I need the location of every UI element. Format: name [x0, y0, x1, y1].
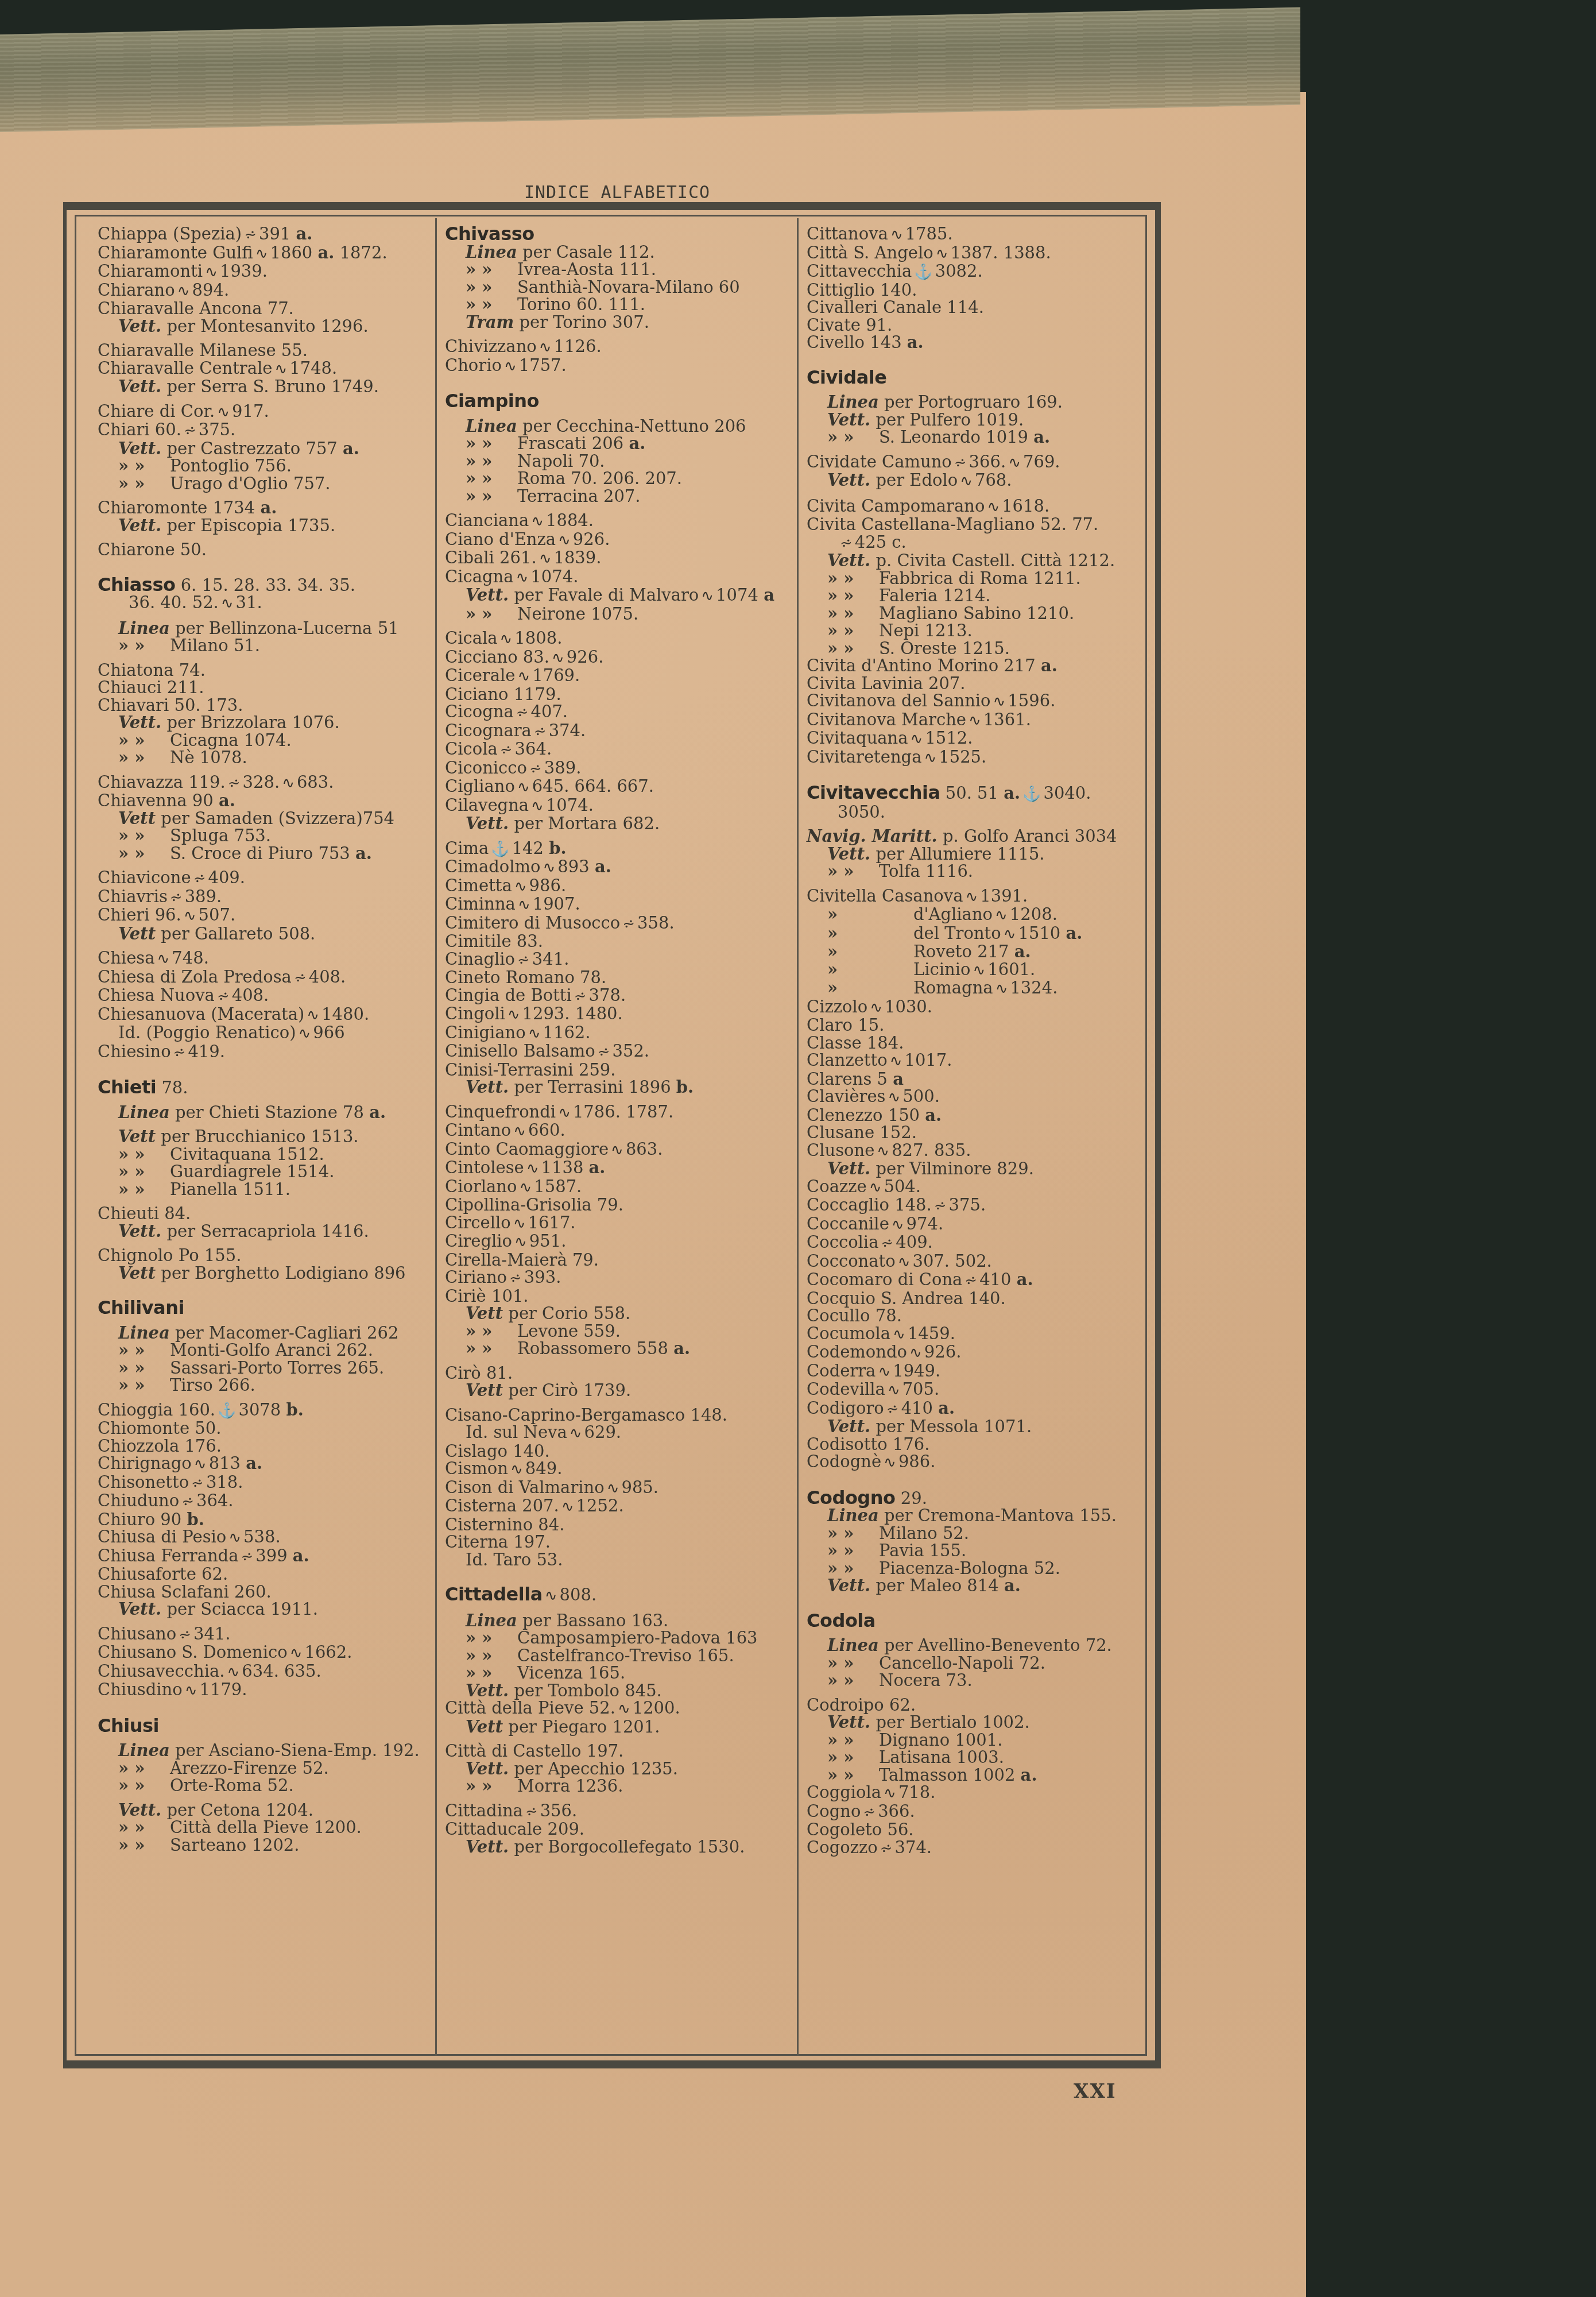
index-subentry: » »Magliano Sabino 1210.	[807, 605, 1151, 622]
diligence-icon: ∿	[960, 473, 973, 490]
ditto-mark: » »	[118, 845, 170, 863]
index-entry: Cicala∿1808.	[445, 629, 792, 648]
index-entry: Cima⚓142 b.	[445, 840, 792, 859]
entry-text: del Tronto	[913, 923, 1001, 943]
suffix-letter: a.	[1004, 1576, 1021, 1595]
diligence-icon: ∿	[504, 358, 517, 376]
diligence-icon: ∿	[890, 226, 903, 244]
entry-text: Chiusavecchia.	[98, 1661, 224, 1681]
column-divider	[797, 218, 799, 2056]
entry-label: Linea	[827, 1506, 879, 1525]
diligence-icon: ∿	[552, 649, 564, 667]
ditto-mark: » »	[827, 622, 879, 640]
index-entry: Cimetta∿986.	[445, 877, 792, 896]
index-entry: Cimitero di Musocco⩫358.	[445, 914, 792, 933]
diligence-icon: ∿	[290, 1645, 303, 1662]
index-entry: Chiusa di Pesio∿538.	[98, 1528, 431, 1547]
index-entry: Civitanova del Sannio∿1596.	[807, 692, 1151, 711]
index-entry: Cingoli∿1293. 1480.	[445, 1005, 792, 1024]
page-refs: 1839.	[553, 548, 601, 567]
entry-text: Cisternino 84.	[445, 1515, 564, 1534]
ditto-mark: »	[827, 906, 913, 923]
index-entry: Clavières∿500.	[807, 1088, 1151, 1107]
diligence-icon: ∿	[995, 980, 1008, 998]
index-entry: Cogno⩫366.	[807, 1803, 1151, 1822]
index-entry: Civita Castellana-Magliano 52. 77.	[807, 516, 1151, 533]
entry-text: Ciminna	[445, 894, 516, 914]
index-subentry: Vett. per Borgocollefegato 1530.	[445, 1838, 792, 1856]
tramway-bell-icon: ⩫	[934, 1197, 947, 1215]
entry-text: Civitaretenga	[807, 747, 921, 767]
index-subentry: » »Pavia 155.	[807, 1542, 1151, 1560]
index-entry: Clusone∿827. 835.	[807, 1142, 1151, 1161]
entry-text: Cianciana	[445, 511, 529, 530]
page-refs: 409.	[208, 868, 245, 887]
index-heading: Ciampino	[445, 392, 792, 411]
diligence-icon: ∿	[545, 1587, 557, 1605]
diligence-icon: ∿	[516, 569, 529, 587]
entry-text: Chiesa Nuova	[98, 985, 215, 1005]
page-refs: 1459.	[908, 1324, 955, 1343]
entry-text: Chiaravalle Milanese 55.	[98, 341, 308, 360]
entry-text: Cancello-Napoli 72.	[879, 1653, 1045, 1673]
index-heading: Chivasso	[445, 225, 792, 243]
index-entry: Codemondo∿926.	[807, 1343, 1151, 1362]
index-entry: Chiarano∿894.	[98, 281, 431, 300]
entry-text: per Portogruaro 169.	[884, 392, 1063, 412]
index-subentry: » »S. Leonardo 1019 a.	[807, 428, 1151, 446]
index-subentry: » »Piacenza-Bologna 52.	[807, 1560, 1151, 1577]
entry-text: 3050.	[838, 802, 885, 822]
tramway-bell-icon: ⩫	[525, 1803, 538, 1821]
station-name: Chiusi	[98, 1715, 159, 1737]
ditto-mark: » »	[118, 637, 170, 655]
entry-text: Coggiola	[807, 1782, 881, 1802]
index-entry: Classe 184.	[807, 1034, 1151, 1052]
index-subentry: » »Roma 70. 206. 207.	[445, 470, 792, 488]
index-subentry: » »Latisana 1003.	[807, 1749, 1151, 1766]
index-heading: Chieti 78.	[98, 1078, 431, 1097]
index-entry: Chisonetto⩫318.	[98, 1474, 431, 1492]
index-subentry: Vett. per Serracapriola 1416.	[98, 1223, 431, 1240]
index-subentry: » »Urago d'Oglio 757.	[98, 475, 431, 493]
entry-text: Cittadina	[445, 1801, 523, 1820]
entry-text: per Castrezzato 757	[166, 439, 337, 458]
diligence-icon: ∿	[892, 1216, 904, 1234]
entry-text: Santhià-Novara-Milano 60	[517, 277, 740, 297]
entry-text: Codigoro	[807, 1398, 884, 1418]
index-entry: Cirella-Maierà 79.	[445, 1251, 792, 1269]
index-entry: Cittavecchia⚓3082.	[807, 262, 1151, 281]
index-subentry: Vett per Borghetto Lodigiano 896	[98, 1264, 431, 1282]
ditto-mark: » »	[466, 1777, 517, 1795]
page-refs: 3040.	[1043, 783, 1091, 803]
page-refs: 634. 635.	[242, 1661, 321, 1681]
tramway-bell-icon: ⩫	[294, 969, 307, 987]
ditto-mark: »	[827, 979, 913, 997]
entry-text: Dignano 1001.	[879, 1730, 1002, 1750]
index-subentry: 3050.	[807, 803, 1151, 821]
entry-text: Levone 559.	[517, 1321, 621, 1341]
diligence-icon: ∿	[274, 361, 287, 378]
index-subentry: Vett. per Messola 1071.	[807, 1418, 1151, 1436]
entry-text: Cinaglio	[445, 949, 515, 969]
index-entry: Clusane 152.	[807, 1124, 1151, 1142]
entry-text: Chiomonte 50.	[98, 1418, 221, 1438]
index-subentry: Linea per Portogruaro 169.	[807, 393, 1151, 411]
index-subentry: » »Orte-Roma 52.	[98, 1777, 431, 1795]
index-subentry: » »Castelfranco-Treviso 165.	[445, 1647, 792, 1665]
entry-text: Monti-Golfo Aranci 262.	[170, 1340, 373, 1360]
page-refs: 1939.	[220, 261, 268, 281]
index-subentry: Linea per Asciano-Siena-Emp. 192.	[98, 1742, 431, 1760]
entry-text: Romagna	[913, 978, 993, 997]
tramway-bell-icon: ⩫	[964, 1272, 977, 1290]
diligence-icon: ∿	[528, 1025, 541, 1043]
entry-text: Cineto Romano 78.	[445, 968, 606, 987]
tramway-bell-icon: ⩫	[516, 704, 529, 722]
index-subentry: Vett per Brucchianico 1513.	[98, 1128, 431, 1146]
entry-text: per Samaden (Svizzera)754	[161, 809, 394, 828]
entry-label: Vett.	[827, 1417, 870, 1436]
page-refs: 1074.	[530, 567, 578, 586]
diligence-icon: ∿	[1004, 926, 1016, 943]
entry-text: Orte-Roma 52.	[170, 1776, 294, 1795]
entry-text: Ciano d'Enza	[445, 529, 556, 549]
entry-text: Pianella 1511.	[170, 1180, 290, 1199]
ditto-mark: » »	[466, 296, 517, 314]
diligence-icon: ∿	[884, 1454, 896, 1472]
index-entry: Ciano d'Enza∿926.	[445, 531, 792, 550]
tramway-bell-icon: ⩫	[193, 870, 206, 888]
page-refs: 375.	[199, 420, 236, 439]
index-subentry: » »Cicagna 1074.	[98, 732, 431, 749]
entry-label: Vett	[466, 1380, 503, 1400]
entry-text: Clarens 5	[807, 1069, 888, 1089]
page-refs: 1138	[541, 1158, 584, 1177]
station-name: Codogno	[807, 1487, 896, 1509]
ditto-mark: » »	[466, 1664, 517, 1682]
page-refs: 389.	[544, 758, 582, 778]
entry-text: Fabbrica di Roma 1211.	[879, 569, 1081, 588]
entry-text: Cogozzo	[807, 1838, 878, 1857]
entry-label: Linea	[118, 1323, 170, 1343]
page-refs: 1757.	[519, 355, 567, 375]
page-refs: 318.	[206, 1472, 243, 1492]
page-refs: 1030.	[885, 997, 932, 1016]
column-divider	[435, 218, 437, 2056]
entry-text: per Serracapriola 1416.	[166, 1221, 369, 1241]
diligence-icon: ∿	[539, 550, 552, 568]
entry-text: Cicciano 83.	[445, 647, 549, 667]
entry-text: Chiavenna 90	[98, 791, 214, 810]
diligence-icon: ∿	[1008, 454, 1021, 472]
index-entry: Cintolese∿1138 a.	[445, 1159, 792, 1178]
index-subentry: » »Talmasson 1002 a.	[807, 1766, 1151, 1784]
diligence-icon: ∿	[869, 1179, 882, 1197]
ditto-mark: » »	[827, 1749, 879, 1766]
entry-text: Id. (Poggio Renatico)	[118, 1023, 296, 1042]
index-entry: Ciconicco⩫389.	[445, 759, 792, 778]
diligence-icon: ∿	[995, 907, 1008, 925]
entry-text: Civita Lavinia 207.	[807, 674, 966, 693]
diligence-icon: ∿	[618, 1700, 630, 1718]
index-subentry: »Roveto 217 a.	[807, 943, 1151, 961]
diligence-icon: ∿	[993, 693, 1006, 711]
suffix-letter: b.	[286, 1400, 304, 1420]
ditto-mark: » »	[827, 863, 879, 880]
entry-text: Chiarano	[98, 280, 175, 300]
entry-text: per Piegaro 1201.	[508, 1717, 660, 1737]
entry-label: Navig. Maritt.	[807, 826, 938, 846]
index-subentry: Id. Taro 53.	[445, 1551, 792, 1569]
tramway-bell-icon: ⩫	[954, 454, 967, 472]
diligence-icon: ∿	[531, 798, 544, 815]
index-entry: Chiappa (Spezia)⩫391 a.	[98, 225, 431, 244]
page-refs: 1361.	[983, 710, 1031, 729]
ditto-mark: » »	[118, 1359, 170, 1377]
entry-label: Linea	[118, 1103, 170, 1122]
ditto-mark: » »	[118, 749, 170, 767]
index-entry: Cianciana∿1884.	[445, 512, 792, 531]
entry-text: Robassomero 558	[517, 1339, 668, 1358]
index-entry: Clarens 5 a	[807, 1070, 1151, 1088]
index-entry: Cineto Romano 78.	[445, 969, 792, 987]
page-refs: 3082.	[935, 261, 983, 281]
index-entry: Chieuti 84.	[98, 1205, 431, 1223]
index-entry: Chorio∿1757.	[445, 357, 792, 376]
index-heading: Civitavecchia 50. 51 a.⚓3040.	[807, 784, 1151, 803]
diligence-icon: ∿	[969, 712, 981, 730]
index-entry: Civita d'Antino Morino 217 a.	[807, 657, 1151, 675]
entry-label: Vett	[118, 924, 156, 943]
diligence-icon: ∿	[877, 1143, 889, 1161]
ditto-mark: »	[827, 943, 913, 961]
index-entry: Cicciano 83.∿926.	[445, 648, 792, 667]
ditto-mark: » »	[466, 1340, 517, 1358]
index-entry: Cittaducale 209.	[445, 1820, 792, 1838]
index-entry: Chiozzola 176.	[98, 1437, 431, 1455]
entry-text: per Asciano-Siena-Emp. 192.	[175, 1741, 420, 1760]
index-subentry: » »Città della Pieve 1200.	[98, 1819, 431, 1836]
entry-text: Nepi 1213.	[879, 621, 973, 640]
index-entry: Cicagna∿1074.	[445, 568, 792, 587]
entry-text: Talmasson 1002	[879, 1765, 1015, 1785]
index-entry: Cicola⩫364.	[445, 740, 792, 759]
entry-text: Pavia 155.	[879, 1541, 966, 1560]
entry-label: Vett.	[466, 1759, 509, 1778]
entry-text: Civitaquana 1512.	[170, 1144, 324, 1164]
entry-text: Frascati 206	[517, 434, 623, 453]
ditto-mark: » »	[118, 1376, 170, 1394]
entry-text: Cilavegna	[445, 795, 529, 815]
page-refs: 1618.	[1002, 496, 1049, 516]
diligence-icon: ∿	[701, 587, 714, 605]
tramway-bell-icon: ⩫	[244, 226, 257, 244]
index-entry: Civitanova Marche∿1361.	[807, 711, 1151, 730]
entry-text: per Terrasini 1896	[514, 1077, 671, 1097]
station-name: Chivasso	[445, 223, 534, 245]
page-refs: 358.	[637, 913, 675, 933]
diligence-icon: ∿	[307, 1007, 319, 1024]
index-subentry: » »Ivrea-Aosta 111.	[445, 261, 792, 279]
index-entry: Civitaquana∿1512.	[807, 729, 1151, 748]
suffix-letter: a.	[296, 224, 313, 243]
entry-text: per Messola 1071.	[876, 1417, 1032, 1436]
index-heading: Cittadella∿808.	[445, 1586, 792, 1605]
entry-label: Vett.	[827, 470, 870, 490]
diligence-icon: ∿	[558, 1104, 571, 1122]
index-entry: Coccanile∿974.	[807, 1215, 1151, 1234]
entry-text: Coderra	[807, 1361, 876, 1380]
diligence-icon: ∿	[531, 513, 544, 531]
index-subentry: ⩫425 c.	[807, 533, 1151, 552]
index-entry: Claro 15.	[807, 1016, 1151, 1034]
station-name: Chiasso	[98, 574, 175, 595]
entry-text: Cimitile 83.	[445, 931, 543, 951]
diligence-icon: ∿	[570, 1425, 582, 1443]
suffix-letter: a	[764, 585, 774, 605]
entry-text: Chiaromonte 1734	[98, 498, 255, 517]
suffix-letter: a.	[1021, 1765, 1037, 1785]
page-refs: 1017.	[904, 1050, 952, 1070]
page-refs: 1252.	[576, 1496, 624, 1515]
page-refs: 926.	[573, 529, 610, 549]
entry-text: Tirso 266.	[170, 1375, 255, 1395]
page-refs: 748.	[172, 948, 209, 968]
index-entry: Civate 91.	[807, 316, 1151, 334]
entry-text: Cinigiano	[445, 1023, 526, 1042]
suffix-letter: a	[893, 1069, 904, 1089]
entry-text: Chieri 96.	[98, 905, 181, 925]
ditto-mark: » »	[466, 453, 517, 470]
entry-label: Tram	[466, 312, 514, 332]
entry-text: per Maleo 814	[876, 1576, 998, 1595]
diligence-icon: ∿	[217, 404, 230, 421]
index-entry: Cison di Valmarino∿985.	[445, 1479, 792, 1498]
index-entry: Cigliano∿645. 664. 667.	[445, 778, 792, 796]
entry-text: Nocera 73.	[879, 1670, 973, 1690]
tramway-bell-icon: ⩫	[574, 988, 587, 1006]
index-subentry: Vett. per Apecchio 1235.	[445, 1760, 792, 1778]
station-name: Ciampino	[445, 390, 539, 412]
page-refs: 425 c.	[855, 532, 907, 552]
page-refs: 374.	[895, 1838, 932, 1857]
index-subentry: Linea per Cecchina-Nettuno 206	[445, 417, 792, 435]
ditto-mark: » »	[118, 827, 170, 845]
page-refs: 407.	[531, 702, 568, 721]
index-entry: Codroipo 62.	[807, 1696, 1151, 1714]
tramway-bell-icon: ⩫	[880, 1840, 893, 1858]
page-refs: 1074.	[546, 795, 594, 815]
diligence-icon: ∿	[255, 245, 268, 263]
page-refs: 1786. 1787.	[573, 1102, 673, 1122]
entry-text: Chiusa di Pesio	[98, 1527, 226, 1546]
entry-text: Chiarone 50.	[98, 540, 207, 559]
entry-text: Chieuti 84.	[98, 1204, 191, 1223]
ditto-mark: » »	[466, 1647, 517, 1665]
index-subentry: » »Faleria 1214.	[807, 587, 1151, 605]
page-refs: 1872.	[334, 243, 387, 262]
page-refs: 410	[979, 1270, 1011, 1289]
diligence-icon: ∿	[558, 532, 571, 550]
index-entry: Codisotto 176.	[807, 1436, 1151, 1453]
suffix-letter: a.	[246, 1453, 262, 1473]
entry-text: Clusone	[807, 1140, 874, 1160]
diligence-icon: ∿	[870, 999, 882, 1017]
entry-text: Ciconicco	[445, 758, 527, 778]
index-entry: Ciriano⩫393.	[445, 1269, 792, 1287]
page-refs: 29.	[901, 1488, 927, 1508]
ditto-mark: » »	[827, 1525, 879, 1542]
diligence-icon: ∿	[184, 907, 196, 925]
index-subentry: Vett. per Sciacca 1911.	[98, 1600, 431, 1618]
entry-label: Vett	[118, 809, 156, 828]
entry-text: per Avellino-Benevento 72.	[884, 1635, 1112, 1655]
index-entry: Chiusa Ferranda⩫399 a.	[98, 1547, 431, 1566]
entry-text: Tolfa 1116.	[879, 861, 973, 881]
page-refs: 1179.	[199, 1680, 247, 1699]
ditto-mark: » »	[466, 279, 517, 296]
ditto-mark: » »	[118, 1777, 170, 1795]
page-refs: 1512.	[925, 728, 973, 748]
entry-text: S. Leonardo 1019	[879, 427, 1028, 447]
index-subentry: Vett. per Episcopia 1735.	[98, 517, 431, 535]
page-refs: 356.	[540, 1801, 578, 1820]
index-entry: Cisternino 84.	[445, 1516, 792, 1534]
entry-text: per Edolo	[876, 470, 958, 490]
index-subentry: Vett. per Vilminore 829.	[807, 1160, 1151, 1178]
index-subentry: Vett. per Favale di Malvaro∿1074 a	[445, 586, 792, 605]
index-entry: Citerna 197.	[445, 1533, 792, 1551]
station-name: Chilivani	[98, 1297, 184, 1318]
entry-label: Vett.	[118, 316, 161, 336]
index-entry: Chiesa Nuova⩫408.	[98, 987, 431, 1006]
page-refs: 1387. 1388.	[950, 243, 1051, 262]
index-entry: Chiesino⩫419.	[98, 1043, 431, 1062]
page-refs: 1208.	[1010, 904, 1057, 924]
entry-text: per Sciacca 1911.	[166, 1599, 318, 1619]
index-entry: Ciminna∿1907.	[445, 895, 792, 914]
index-subentry: » »Nepi 1213.	[807, 622, 1151, 640]
suffix-letter: a.	[1014, 942, 1031, 961]
entry-text: Civalleri Canale 114.	[807, 297, 984, 317]
entry-text: Cittavecchia	[807, 261, 912, 281]
ditto-mark: » »	[827, 587, 879, 605]
index-entry: Chiavris⩫389.	[98, 888, 431, 907]
index-subentry: Tram per Torino 307.	[445, 314, 792, 331]
diligence-icon: ∿	[508, 1006, 520, 1024]
index-column-left: Chiappa (Spezia)⩫391 a.Chiaramonte Gulfi…	[98, 225, 431, 1854]
entry-text: Cocconato	[807, 1251, 896, 1271]
entry-text: per Apecchio 1235.	[514, 1759, 678, 1778]
index-subentry: » »Pianella 1511.	[98, 1181, 431, 1198]
entry-text: per Chieti Stazione 78	[175, 1103, 364, 1122]
index-subentry: Vett. per Terrasini 1896 b.	[445, 1078, 792, 1096]
page-refs: 500.	[902, 1086, 940, 1106]
page-refs: 78.	[161, 1078, 188, 1097]
page-refs: 399	[255, 1546, 287, 1565]
index-entry: Chiesa di Zola Predosa⩫408.	[98, 968, 431, 987]
entry-text: Clenezzo 150	[807, 1105, 920, 1125]
entry-text: Sarteano 1202.	[170, 1835, 300, 1855]
entry-text: Cogoleto 56.	[807, 1820, 914, 1839]
tramway-bell-icon: ⩫	[173, 1044, 186, 1062]
index-subentry: Linea per Cremona-Mantova 155.	[807, 1507, 1151, 1525]
diligence-icon: ∿	[973, 962, 985, 980]
ditto-mark: » »	[466, 1322, 517, 1340]
ditto-mark: » »	[827, 1654, 879, 1672]
